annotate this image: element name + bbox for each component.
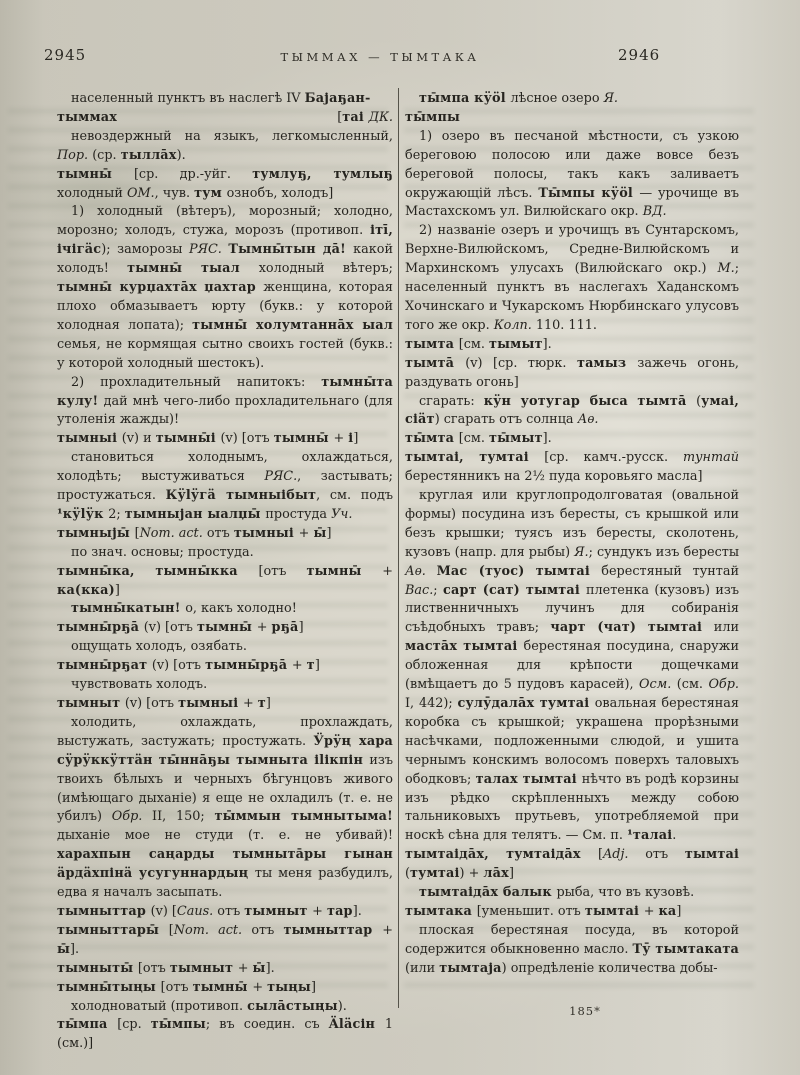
yakut-term: тумтаі [410,866,460,881]
text-run: 2) прохладительный напитокъ: [71,375,321,390]
text-run: ] [299,620,304,635]
entry-paragraph: населенный пунктъ въ наслегѣ IV Бајаҕан- [57,90,393,109]
yakut-term: т [307,658,315,673]
text-run: [отъ [161,980,193,995]
text-run: I, 442); [405,696,458,711]
text-run: ]. [543,337,552,352]
text-run: ] [509,866,514,881]
yakut-term: тымны̄ [57,167,134,182]
text-run [426,564,437,579]
entry-paragraph: ты̄мпа [ср. ты̄мпы; въ соедин. съ Äläсін… [57,1016,393,1054]
entry-paragraph: по знач. основы; простуда. [57,544,393,563]
text-run: [ср. камч.-русск. [544,450,683,465]
text-run: 110. 111. [532,318,597,333]
yakut-term: Кӱlӱгä тымныібыт [166,488,317,503]
text-run: ) опредѣленіе количества добы- [502,961,718,976]
yakut-term: тымныттар [283,923,382,938]
entry-paragraph: тымныт (v) [отъ тымныі + т] [57,695,393,714]
entry-paragraph: чувствовать холодъ. [57,676,393,695]
source-abbrev: Adj. [603,847,628,862]
text-run: + [334,431,349,446]
text-run: [ср. др.-уйг. [134,167,252,182]
text-run: 2) названіе озеръ и урочищъ въ Сунтарско… [405,223,739,276]
yakut-term: ты̄мпы [405,110,460,125]
text-run: ] [315,658,320,673]
text-run: холодный [57,186,127,201]
text-run: дыханіе мое не студи (т. е. не убивай)! [57,828,393,843]
text-run: (ср. [88,148,121,163]
entry-paragraph: холодноватый (противоп. сылāстыңы). [57,998,393,1017]
yakut-term: тымыт [489,337,543,352]
source-abbrev: Nom. act. [140,526,203,541]
entry-paragraph: тымны̄ка, тымны̄кка [отъ тымны̄ + ка(кка… [57,563,393,601]
source-abbrev: Я. [574,545,588,560]
yakut-term: тымныттар [57,904,151,919]
yakut-term: чарт (чат) тымтаі [550,620,713,635]
text-run: ]. [70,942,79,957]
entry-paragraph: плоская берестяная посуда, въ которой со… [405,922,739,979]
source-abbrev: ДК. [369,110,393,125]
yakut-term: тымны̄тыңы [57,980,161,995]
entry-paragraph: ты̄мпа кӱöl лѣсное озеро Я. [405,90,739,109]
text-run: ). [177,148,186,163]
text-run: + [312,904,327,919]
page-number-left: 2945 [44,46,86,64]
yakut-term: таі [342,110,368,125]
text-run: ). [338,999,347,1014]
yakut-term: Бајаҕан- [305,91,371,106]
text-run: ]. [266,961,275,976]
text-run: рыба, что въ кузовѣ. [556,885,694,900]
source-abbrev: РЯС. [264,469,297,484]
entry-paragraph: тымтака [уменьшит. отъ тымтаі + ка] [405,903,739,922]
yakut-term: Тӯ тымтаката [633,942,739,957]
entry-paragraph: холодить, охлаждать, прохлаждать, выстуж… [57,714,393,903]
entry-paragraph: тымныты̄ [отъ тымныт + ы̄]. [57,960,393,979]
text-run: ]. [543,431,552,446]
column-divider-rule [398,88,399,1008]
text-run: ] [353,431,358,446]
yakut-term: тымныі [234,526,299,541]
source-abbrev: Уч. [331,507,352,522]
entry-paragraph: 2) названіе озеръ и урочищъ въ Сунтарско… [405,222,739,335]
yakut-term: ты̄мта [405,431,459,446]
entry-paragraph: невоздержный на языкъ, легкомысленный, П… [57,128,393,166]
text-run: холодноватый (противоп. [71,999,247,1014]
entry-paragraph: тымны̄рҕат (v) [отъ тымны̄рҕā + т] [57,657,393,676]
source-abbrev: Пор. [57,148,88,163]
text-run: (v) и [122,431,156,446]
text-run: + [292,658,307,673]
page-number-right: 2946 [618,46,660,64]
text-run: ознобъ, холодъ] [227,186,334,201]
yakut-term: тыңы [267,980,311,995]
yakut-term: ты̄мыт [489,431,543,446]
column-right: ты̄мпа кӱöl лѣсное озеро Я.ты̄мпы1) озер… [405,90,739,979]
yakut-term: тымны̄ [306,564,382,579]
entry-paragraph: ты̄мта [см. ты̄мыт]. [405,430,739,449]
text-run: холодный вѣтеръ; [259,261,393,276]
entry-paragraph: ты̄мпы [405,109,739,128]
yakut-term: тымны̄ [197,620,257,635]
text-run: (см. [671,677,708,692]
printer-signature: 185* [510,1004,660,1018]
text-run: ; въ соедин. съ [206,1017,329,1032]
text-run: , см. подъ [316,488,393,503]
text-run: 2; [108,507,125,522]
yakut-term: т [258,696,266,711]
headword: тыммах [57,109,117,128]
yakut-term: тымны̄катын! [71,601,185,616]
dictionary-page: 2945 тыммах — тымтака 2946 населенный пу… [0,0,800,1075]
text-run: невоздержный на языкъ, легкомысленный, [71,129,393,144]
entry-paragraph: тымныјы̄ [Nom. act. отъ тымныі + ы̄] [57,525,393,544]
entry-paragraph: 1) холодный (вѣтеръ), морозный; холодно,… [57,203,393,373]
yakut-term: тымныттары̄ [57,923,169,938]
column-left: населенный пунктъ въ наслегѣ IV Бајаҕан-… [57,90,393,1054]
source-abbrev: Я. [604,91,618,106]
yakut-term: ты̄ммын тымнытыма! [214,809,393,824]
yakut-term: ты̄мпа [57,1017,117,1032]
entry-split-line: тыммах[таі ДК. [57,109,393,128]
yakut-term: тымны̄ курџахтāх џахтар [57,280,263,295]
entry-paragraph: тымныттары̄ [Nom. act. отъ тымныттар + ы… [57,922,393,960]
yakut-term: тымны̄ка, тымны̄кка [57,564,258,579]
text-run: (v) [отъ [220,431,273,446]
entry-paragraph: круглая или круглопродолговатая (овально… [405,487,739,846]
yakut-term: тымныі [57,431,122,446]
text-run: по знач. основы; простуда. [71,545,254,560]
text-run: (v) [отъ [125,696,178,711]
entry-paragraph: тымтаідāх, тумтаідāх [Adj. отъ тымтаі (т… [405,846,739,884]
text-run: ) сгарать отъ солнца [435,412,578,427]
text-run: (v) [отъ [144,620,197,635]
text-run: берестяный тунтай [601,564,739,579]
entry-paragraph: тымныі (v) и тымны̄і (v) [отъ тымны̄ + і… [57,430,393,449]
yakut-term: тымта [405,337,459,352]
yakut-term: тамыз [577,356,637,371]
yakut-term: тымтаідāх балык [419,885,556,900]
text-run: о, какъ холодно! [185,601,297,616]
entry-paragraph: тымны̄рҕā (v) [отъ тымны̄ + рҕā] [57,619,393,638]
source-abbrev: Аѳ. [405,564,426,579]
text-run: или [714,620,739,635]
yakut-term: ы̄ [57,942,70,957]
text-run: ощущать холодъ, озябать. [71,639,247,654]
source-abbrev: М. [718,261,735,276]
entry-paragraph: тымны̄катын! о, какъ холодно! [57,600,393,619]
text-run: ); заморозы [101,242,189,257]
source-abbrev: Колп. [494,318,532,333]
yakut-term: Ты̄мпы кӱöl [538,186,639,201]
text-run: + [257,620,272,635]
yakut-term: тымтаја [439,961,501,976]
yakut-term: кӱн уотугар быса тымтā [484,394,696,409]
yakut-term: тымны̄ тыал [127,261,259,276]
entry-paragraph: 2) прохладительный напитокъ: тымны̄та ку… [57,374,393,431]
yakut-term: Тымны̄тын дā! [228,242,353,257]
text-run: ] [326,526,331,541]
yakut-term: тымныт [57,696,125,711]
text-run: . [672,828,676,843]
text-run: дай мнѣ чего-либо прохладительнаго (для … [57,394,393,428]
yakut-term: рҕā [272,620,299,635]
text-run: ] [676,904,681,919]
yakut-term: ты̄мпа кӱöl [419,91,510,106]
yakut-term: тымны̄і [156,431,221,446]
text-run: (v) [ср. тюрк. [465,356,577,371]
yakut-term: тымтаідāх, тумтаідāх [405,847,598,862]
yakut-term: тымтаі, тумтаі [405,450,544,465]
text-run: отъ [213,904,244,919]
text-run: отъ [242,923,283,938]
entry-paragraph: тымтаі, тумтаі [ср. камч.-русск. тунтай … [405,449,739,487]
source-abbrev: Вас. [405,583,433,598]
yakut-term: тымны̄ холумтаннāх ыал [192,318,393,333]
yakut-term: ¹талаі [627,828,672,843]
entry-paragraph: становиться холоднымъ, охлаждаться, холо… [57,449,393,525]
text-run: отъ [629,847,685,862]
entry-paragraph: тымныттар (v) [Caus. отъ тымныт + тар]. [57,903,393,922]
text-run: ) + [460,866,484,881]
text-run: [отъ [138,961,170,976]
text-run: [см. [459,431,489,446]
text-run: ; [433,583,443,598]
yakut-term: тымны̄ [193,980,253,995]
text-run: (v) [ [151,904,177,919]
text-run: + [644,904,659,919]
text-run: ]. [353,904,362,919]
yakut-term: ка(кка) [57,583,115,598]
yakut-term: тымныі [178,696,243,711]
yakut-term: Мас (туос) тымтаі [437,564,602,579]
text-run: + [238,961,253,976]
text-run: [см. [459,337,489,352]
source-abbrev: ВД. [643,204,667,219]
source-abbrev: Обр. [112,809,143,824]
text-run: берестянникъ на 2½ пуда коровьяго масла] [405,469,702,484]
text-run: [ср. [117,1017,151,1032]
yakut-term: тымтака [405,904,477,919]
yakut-term: сулӯдалāх тумтаі [458,696,595,711]
yakut-term: тумлуҕ, тумлыҕ [252,167,393,182]
text-run: + [299,526,314,541]
source-abbrev: Аѳ. [578,412,599,427]
text-run: ] [266,696,271,711]
yakut-term: тыллāх [121,148,177,163]
yakut-term: тымныт [170,961,238,976]
yakut-term: тымны̄ [274,431,334,446]
yakut-term: ы̄ [313,526,326,541]
source-abbrev: РЯС. [189,242,222,257]
text-run: лѣсное озеро [510,91,603,106]
text-run: + [382,923,393,938]
yakut-term: сылāстыңы [247,999,338,1014]
yakut-term: тум [194,186,227,201]
yakut-term: тыммах [57,110,117,125]
text-run: ] [115,583,120,598]
entry-paragraph: тымта [см. тымыт]. [405,336,739,355]
running-head: тыммах — тымтака [200,50,560,64]
entry-paragraph: тымны̄тыңы [отъ тымны̄ + тыңы] [57,979,393,998]
yakut-term: тымныјан ыалџы̄ [125,507,266,522]
entry-paragraph: ощущать холодъ, озябать. [57,638,393,657]
text-run: + [252,980,267,995]
yakut-term: тымтаі [685,847,739,862]
yakut-term: тымны̄рҕā [57,620,144,635]
text-run: (v) [отъ [152,658,205,673]
yakut-term: лāх [483,866,509,881]
yakut-term: тымтаі [585,904,644,919]
text-run: ] [311,980,316,995]
yakut-term: тымныт [244,904,312,919]
yakut-term: ы̄ [253,961,266,976]
text-run: сгарать: [419,394,484,409]
text-run: простуда [265,507,331,522]
text-run: II, 150; [142,809,214,824]
source-abbrev: тунтай [683,450,739,465]
yakut-term: ¹кӱlӱк [57,507,108,522]
yakut-term: тымны̄рҕат [57,658,152,673]
carryover-text: [таі ДК. [337,109,393,128]
source-abbrev: Nom. act. [174,923,242,938]
text-run: отъ [203,526,234,541]
yakut-term: тар [327,904,353,919]
text-run: населенный пунктъ въ наслегѣ IV [71,91,305,106]
text-run: семья, не кормящая сытно своихъ гостей (… [57,337,393,371]
text-run: , чув. [155,186,194,201]
yakut-term: тымтā [405,356,465,371]
entry-paragraph: сгарать: кӱн уотугар быса тымтā (умаі, с… [405,393,739,431]
source-abbrev: Осм. [639,677,671,692]
entry-paragraph: 1) озеро въ песчаной мѣстности, съ узкою… [405,128,739,223]
entry-paragraph: тымтā (v) [ср. тюрк. тамыз зажечь огонь,… [405,355,739,393]
yakut-term: сарт (сат) тымтаі [443,583,586,598]
yakut-term: Äläсін [329,1017,385,1032]
yakut-term: ты̄мпы [151,1017,206,1032]
text-run: ; сундукъ изъ бересты [589,545,739,560]
yakut-term: тымныты̄ [57,961,138,976]
text-run: 1) холодный (вѣтеръ), морозный; холодно,… [57,204,393,238]
text-run: [отъ [258,564,306,579]
yakut-term: тымны̄рҕā [205,658,292,673]
text-run: + [382,564,393,579]
yakut-term: ка [658,904,676,919]
source-abbrev: ОМ. [127,186,155,201]
entry-paragraph: тымны̄ [ср. др.-уйг. тумлуҕ, тумлыҕ холо… [57,166,393,204]
text-run: [уменьшит. отъ [477,904,585,919]
yakut-term: мастāх тымтаі [405,639,524,654]
text-run: + [243,696,258,711]
text-run: чувствовать холодъ. [71,677,207,692]
entry-paragraph: тымтаідāх балык рыба, что въ кузовѣ. [405,884,739,903]
yakut-term: талах тымтаі [476,772,582,787]
yakut-term: тымныјы̄ [57,526,135,541]
source-abbrev: Обр. [708,677,739,692]
text-run: (или [405,961,439,976]
source-abbrev: Caus. [177,904,213,919]
